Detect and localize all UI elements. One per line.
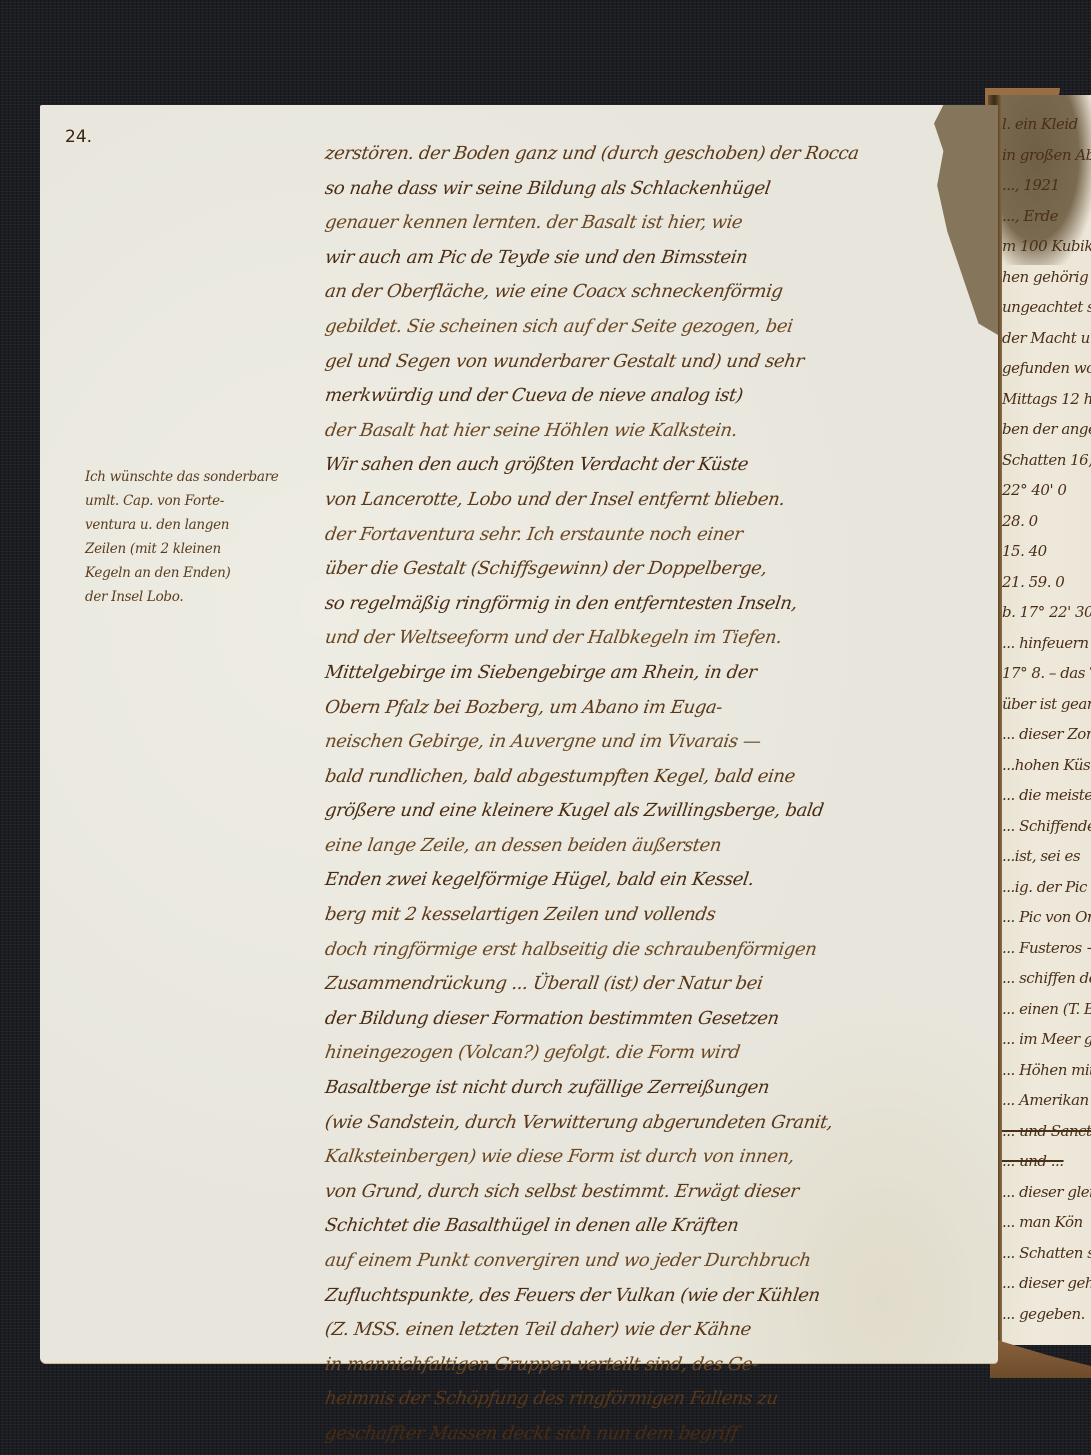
adjacent-text-line: ... dieser Zone	[1002, 725, 1091, 743]
folio-number: 24.	[65, 127, 92, 147]
text-line: berg mit 2 kesselartigen Zeilen und voll…	[323, 898, 988, 933]
text-line: und der Weltseeform und der Halbkegeln i…	[323, 621, 988, 656]
adjacent-page-fragment: l. ein Kleidin großen Abf..., 1921..., E…	[998, 95, 1091, 1345]
adjacent-text-line: ... im Meer ge	[1002, 1030, 1091, 1048]
adjacent-text-line: ... Amerikan alle	[1002, 1091, 1091, 1109]
adjacent-text-line: der Macht und	[1002, 329, 1091, 347]
marginal-note: Ich wünschte das sonderbareumlt. Cap. vo…	[85, 465, 315, 609]
text-line: Obern Pfalz bei Bozberg, um Abano im Eug…	[323, 691, 988, 726]
text-line: Zufluchtspunkte, des Feuers der Vulkan (…	[323, 1279, 988, 1314]
text-line: so nahe dass wir seine Bildung als Schla…	[323, 172, 988, 207]
text-line: merkwürdig und der Cueva de nieve analog…	[323, 379, 988, 414]
adjacent-text-line: ... und Sanct(5)	[1002, 1122, 1091, 1140]
adjacent-text-line: ...ist, sei es	[1002, 847, 1080, 865]
adjacent-text-line: ... Schiffenden Schif	[1002, 817, 1091, 835]
adjacent-text-line: ben der ange	[1002, 420, 1091, 438]
text-line: größere und eine kleinere Kugel als Zwil…	[323, 794, 988, 829]
text-line: von Lancerotte, Lobo und der Insel entfe…	[323, 483, 988, 518]
text-line: wir auch am Pic de Teyde sie und den Bim…	[323, 241, 988, 276]
adjacent-text-line: b. 17° 22' 30" bei	[1002, 603, 1091, 621]
adjacent-text-line: ... dieser gehört	[1002, 1274, 1091, 1292]
adjacent-text-line: Mittags 12 h. 37'	[1002, 390, 1091, 408]
manuscript-page: 24. Ich wünschte das sonderbareumlt. Cap…	[40, 105, 998, 1363]
text-line: (wie Sandstein, durch Verwitterung abger…	[323, 1106, 988, 1141]
adjacent-text-line: m 100 Kubikfuß	[1002, 237, 1091, 255]
text-line: Mittelgebirge im Siebengebirge am Rhein,…	[323, 656, 988, 691]
text-line: genauer kennen lernten. der Basalt ist h…	[323, 206, 988, 241]
text-line: Kalksteinbergen) wie diese Form ist durc…	[323, 1140, 988, 1175]
text-line: über die Gestalt (Schiffsgewinn) der Dop…	[323, 552, 988, 587]
adjacent-text-line: ... Höhen mit	[1002, 1061, 1091, 1079]
text-line: von Grund, durch sich selbst bestimmt. E…	[323, 1175, 988, 1210]
text-line: gel und Segen von wunderbarer Gestalt un…	[323, 345, 988, 380]
adjacent-text-line: ... Schatten sind	[1002, 1244, 1091, 1262]
adjacent-text-line: in großen Abf	[1002, 146, 1091, 164]
main-text-block: zerstören. der Boden ganz und (durch ges…	[325, 137, 985, 1452]
adjacent-text-line: 22° 40' 0	[1002, 481, 1066, 499]
adjacent-text-line: ungeachtet sich	[1002, 298, 1091, 316]
adjacent-text-line: l. ein Kleid	[1002, 115, 1078, 133]
adjacent-text-line: ... dieser gleich	[1002, 1183, 1091, 1201]
text-line: an der Oberfläche, wie eine Coacx schnec…	[323, 275, 988, 310]
adjacent-text-line: 17° 8. – das Thor	[1002, 664, 1091, 682]
adjacent-text-line: 28. 0	[1002, 512, 1038, 530]
text-line: Enden zwei kegelförmige Hügel, bald ein …	[323, 863, 988, 898]
text-line: der Basalt hat hier seine Höhlen wie Kal…	[323, 414, 988, 449]
text-line: Wir sahen den auch größten Verdacht der …	[323, 448, 988, 483]
text-line: auf einem Punkt convergiren und wo jeder…	[323, 1244, 988, 1279]
adjacent-text-line: hen gehörig	[1002, 268, 1088, 286]
marginal-line: Kegeln an den Enden)	[85, 561, 315, 585]
adjacent-text-line: ... und ...	[1002, 1152, 1064, 1170]
text-line: doch ringförmige erst halbseitig die sch…	[323, 933, 988, 968]
text-line: geschaffter Massen deckt sich nun dem be…	[323, 1417, 988, 1452]
text-line: der Fortaventura sehr. Ich erstaunte noc…	[323, 518, 988, 553]
text-line: zerstören. der Boden ganz und (durch ges…	[323, 137, 988, 172]
adjacent-text-line: ...ig. der Pic	[1002, 878, 1087, 896]
adjacent-text-line: ... einen (T. Ba	[1002, 1000, 1091, 1018]
adjacent-text-line: ..., Erde	[1002, 207, 1058, 225]
adjacent-text-line: ... die meisten vor	[1002, 786, 1091, 804]
text-line: heimnis der Schöpfung des ringförmigen F…	[323, 1382, 988, 1417]
marginal-line: Ich wünschte das sonderbare	[85, 465, 315, 489]
adjacent-text-line: ... hinfeuern M	[1002, 634, 1091, 652]
text-line: der Bildung dieser Formation bestimmten …	[323, 1002, 988, 1037]
marginal-line: der Insel Lobo.	[85, 585, 315, 609]
text-line: so regelmäßig ringförmig in den entfernt…	[323, 587, 988, 622]
adjacent-text-line: 21. 59. 0	[1002, 573, 1064, 591]
text-line: gebildet. Sie scheinen sich auf der Seit…	[323, 310, 988, 345]
adjacent-text-line: ...hohen Küste von	[1002, 756, 1091, 774]
adjacent-text-line: ... Fusteros + sind	[1002, 939, 1091, 957]
adjacent-text-line: 15. 40	[1002, 542, 1047, 560]
adjacent-text-line: gefunden worden,	[1002, 359, 1091, 377]
text-line: bald rundlichen, bald abgestumpften Kege…	[323, 760, 988, 795]
text-line: (Z. MSS. einen letzten Teil daher) wie d…	[323, 1313, 988, 1348]
text-line: in mannichfaltigen Gruppen verteilt sind…	[323, 1348, 988, 1383]
text-line: Basaltberge ist nicht durch zufällige Ze…	[323, 1071, 988, 1106]
text-line: Zusammendrückung ... Überall (ist) der N…	[323, 967, 988, 1002]
adjacent-text-line: über ist gearbeiten	[1002, 695, 1091, 713]
adjacent-text-line: Schatten 16,5	[1002, 451, 1091, 469]
adjacent-text-line: ... gegeben.	[1002, 1305, 1085, 1323]
adjacent-text-line: ... schiffen der Schif	[1002, 969, 1091, 987]
adjacent-text-line: ... man Kön	[1002, 1213, 1083, 1231]
text-line: neischen Gebirge, in Auvergne und im Viv…	[323, 725, 988, 760]
text-line: eine lange Zeile, an dessen beiden äußer…	[323, 829, 988, 864]
manuscript-scan: l. ein Kleidin großen Abf..., 1921..., E…	[0, 0, 1091, 1455]
marginal-line: ventura u. den langen	[85, 513, 315, 537]
adjacent-text-line: ... Pic von Orig	[1002, 908, 1091, 926]
text-line: hineingezogen (Volcan?) gefolgt. die For…	[323, 1036, 988, 1071]
marginal-line: Zeilen (mit 2 kleinen	[85, 537, 315, 561]
text-line: Schichtet die Basalthügel in denen alle …	[323, 1209, 988, 1244]
marginal-line: umlt. Cap. von Forte-	[85, 489, 315, 513]
adjacent-text-line: ..., 1921	[1002, 176, 1060, 194]
